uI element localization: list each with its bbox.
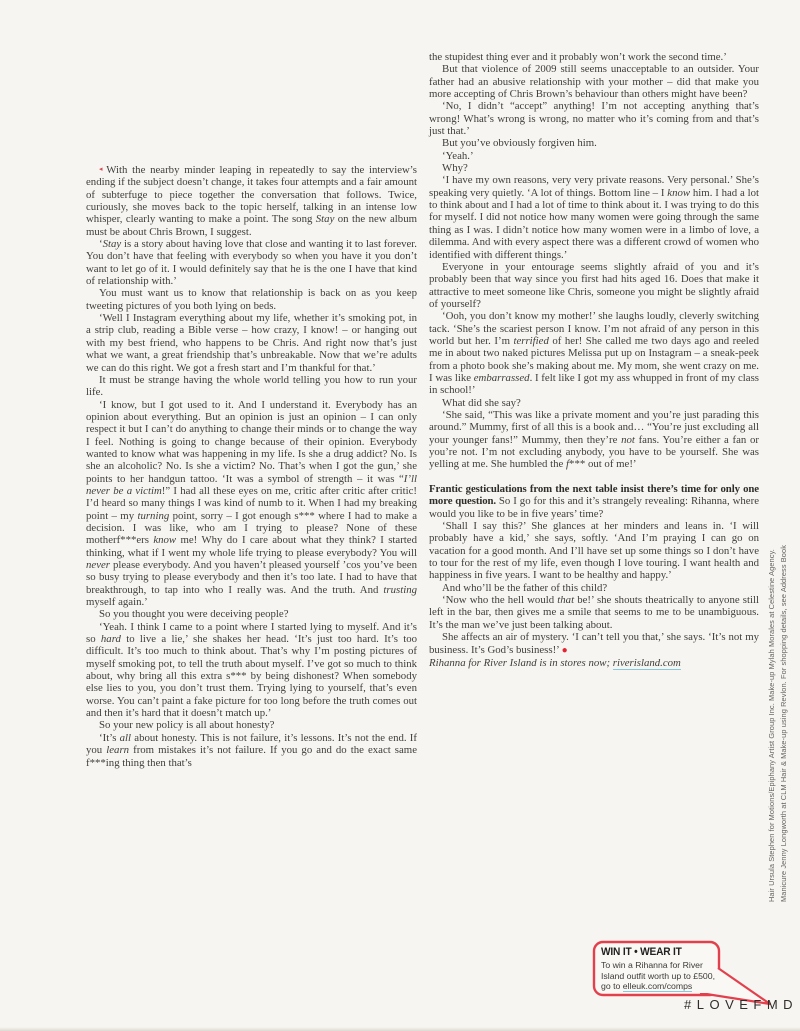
text-segment: embarrassed: [474, 372, 530, 384]
text-segment: know: [667, 187, 690, 199]
credits-line-1: Hair Ursula Stephen for Motions/Epiphany…: [766, 460, 778, 902]
paragraph: ‘No, I didn’t “accept” anything! I’m not…: [429, 100, 759, 137]
paragraph: ◂ With the nearby minder leaping in repe…: [86, 163, 417, 238]
text-segment: So your new policy is all about honesty?: [99, 719, 274, 731]
text-segment: ‘Now who the hell would: [442, 594, 557, 606]
paragraph: It must be strange having the whole worl…: [86, 374, 417, 399]
lovefmd-watermark: #LOVEFMD: [684, 997, 798, 1012]
text-segment: Stay: [103, 238, 122, 250]
text-segment: But that violence of 2009 still seems un…: [429, 63, 759, 100]
text-segment: You must want us to know that relationsh…: [86, 287, 417, 311]
paragraph: ‘Now who the hell would that be!’ she sh…: [429, 594, 759, 631]
credits-vertical: Hair Ursula Stephen for Motions/Epiphany…: [766, 460, 789, 902]
text-segment: never: [86, 559, 110, 571]
text-segment: ‘Well I Instagram everything about my li…: [86, 312, 417, 373]
inline-link[interactable]: riverisland.com: [613, 657, 681, 670]
win-box-line-1: To win a Rihanna for River: [601, 960, 713, 971]
text-segment: ‘Shall I say this?’ She glances at her m…: [429, 520, 759, 581]
paragraph: ‘I have my own reasons, very very privat…: [429, 174, 759, 260]
paragraph: Frantic gesticulations from the next tab…: [429, 483, 759, 520]
text-segment: ‘It’s: [99, 732, 120, 744]
text-segment: all: [120, 732, 131, 744]
credits-line-2: Manicure Jenny Longworth at CLM Hair & M…: [778, 460, 790, 902]
win-box-line-2: Island outfit worth up to £500,: [601, 971, 713, 982]
paragraph: ‘She said, “This was like a private mome…: [429, 409, 759, 471]
text-segment: turning: [137, 510, 169, 522]
text-segment: And who’ll be the father of this child?: [442, 582, 607, 594]
paragraph: So your new policy is all about honesty?: [86, 719, 417, 731]
text-segment: from mistakes it’s not failure. If you g…: [86, 744, 417, 768]
paragraph: ‘Ooh, you don’t know my mother!’ she lau…: [429, 310, 759, 396]
paragraph: Everyone in your entourage seems slightl…: [429, 261, 759, 310]
paragraph: But you’ve obviously forgiven him.: [429, 137, 759, 149]
text-segment: please everybody. And you haven’t please…: [86, 559, 417, 596]
text-segment: Stay: [316, 213, 335, 225]
paragraph: And who’ll be the father of this child?: [429, 582, 759, 594]
text-segment: It must be strange having the whole worl…: [86, 374, 417, 398]
text-segment: Everyone in your entourage seems slightl…: [429, 261, 759, 310]
win-box-line-3: go to elleuk.com/comps: [601, 981, 713, 992]
text-segment: So you thought you were deceiving people…: [99, 608, 289, 620]
text-segment: Why?: [442, 162, 468, 174]
magazine-page: { "accent": { "red": "#e2404d", "dot_red…: [0, 0, 800, 1031]
win-box-line-3-prefix: go to: [601, 981, 623, 991]
paragraph: ‘Yeah.’: [429, 150, 759, 162]
text-segment: *** out of me!’: [569, 458, 636, 470]
text-segment: terrified: [513, 335, 548, 347]
text-segment: ‘Yeah.’: [442, 150, 474, 162]
text-segment: trusting: [383, 584, 417, 596]
text-segment: ‘I know, but I got used to it. And I und…: [86, 399, 417, 485]
article-column-left: ◂ With the nearby minder leaping in repe…: [86, 163, 417, 769]
paragraph: Rihanna for River Island is in stores no…: [429, 657, 759, 669]
text-segment: hard: [101, 633, 121, 645]
paragraph: ‘Well I Instagram everything about my li…: [86, 312, 417, 374]
paragraph: the stupidest thing ever and it probably…: [429, 51, 759, 63]
text-segment: learn: [106, 744, 129, 756]
text-segment: know: [153, 534, 176, 546]
end-dot-icon: ●: [562, 645, 568, 656]
paragraph: ‘Stay is a story about having love that …: [86, 238, 417, 287]
text-segment: Rihanna for River Island is in stores no…: [429, 657, 613, 669]
text-segment: ‘No, I didn’t “accept” anything! I’m not…: [429, 100, 759, 137]
win-promo-box: WIN IT • WEAR IT To win a Rihanna for Ri…: [601, 946, 713, 992]
text-segment: But you’ve obviously forgiven him.: [442, 137, 597, 149]
paragraph: What did she say?: [429, 397, 759, 409]
paragraph: ‘Shall I say this?’ She glances at her m…: [429, 520, 759, 582]
page-bottom-edge: [0, 1027, 800, 1031]
text-segment: the stupidest thing ever and it probably…: [429, 51, 727, 63]
text-segment: not: [621, 434, 635, 446]
elleuk-comps-link[interactable]: elleuk.com/comps: [623, 981, 693, 992]
paragraph: You must want us to know that relationsh…: [86, 287, 417, 312]
text-segment: She affects an air of mystery. ‘I can’t …: [429, 631, 759, 655]
paragraph: Why?: [429, 162, 759, 174]
text-segment: myself again.’: [86, 596, 148, 608]
paragraph: ‘I know, but I got used to it. And I und…: [86, 399, 417, 609]
text-segment: to live a lie,’ she shakes her head. ‘It…: [86, 633, 417, 719]
paragraph: But that violence of 2009 still seems un…: [429, 63, 759, 100]
paragraph: ‘Yeah. I think I came to a point where I…: [86, 621, 417, 720]
text-segment: is a story about having love that close …: [86, 238, 417, 287]
paragraph: So you thought you were deceiving people…: [86, 608, 417, 620]
paragraph: She affects an air of mystery. ‘I can’t …: [429, 631, 759, 657]
text-segment: that: [557, 594, 574, 606]
paragraph: ‘It’s all about honesty. This is not fai…: [86, 732, 417, 769]
article-column-right: the stupidest thing ever and it probably…: [429, 51, 759, 669]
win-box-title: WIN IT • WEAR IT: [601, 946, 709, 958]
text-segment: What did she say?: [442, 397, 521, 409]
